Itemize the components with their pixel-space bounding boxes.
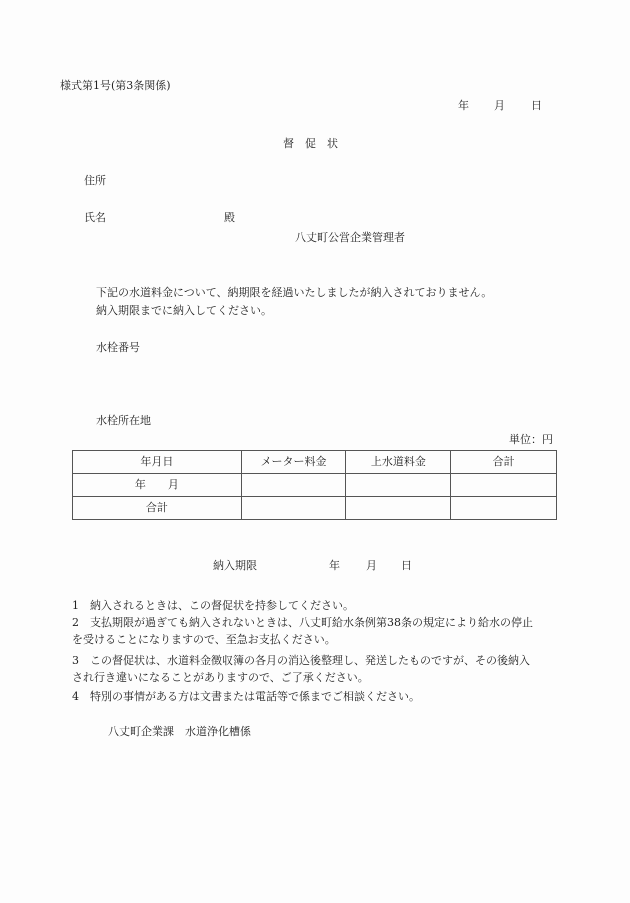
table-header-row: 年月日 メーター料金 上水道料金 合計 (73, 451, 557, 474)
name-label: 氏名 (84, 211, 106, 225)
issuer: 八丈町公営企業管理者 (295, 231, 405, 245)
header-water-fee: 上水道料金 (346, 451, 451, 474)
cell-grand-total (451, 497, 557, 520)
address-label: 住所 (84, 174, 106, 188)
note-3: 3この督促状は、水道料金徴収簿の各月の消込後整理し、発送したものですが、その後納… (72, 652, 530, 669)
header-total: 合計 (451, 451, 557, 474)
cell-total (451, 474, 557, 497)
cell-meter-fee (241, 474, 346, 497)
cell-water-fee (346, 474, 451, 497)
note-4: 4特別の事情がある方は文書または電話等で係までご相談ください。 (72, 688, 420, 705)
body-line-1: 下記の水道料金について、納期限を経過いたしましたが納入されておりません。 (96, 286, 492, 300)
body-line-2: 納入期限までに納入してください。 (96, 304, 272, 318)
deadline-month: 月 (366, 559, 377, 573)
note-2: 2支払期限が過ぎても納入されないときは、八丈町給水条例第38条の規定により給水の… (72, 614, 533, 631)
date-month: 月 (494, 99, 505, 113)
form-id: 様式第1号(第3条関係) (60, 79, 171, 93)
table-total-row: 合計 (73, 497, 557, 520)
note-3-continued: され行き違いになることがありますので、ご了承ください。 (72, 669, 369, 686)
hydrant-location-label: 水栓所在地 (96, 414, 151, 428)
header-date: 年月日 (73, 451, 242, 474)
table-row: 年 月 (73, 474, 557, 497)
document-title: 督 促 状 (283, 137, 338, 151)
date-day: 日 (531, 99, 542, 113)
header-meter-fee: メーター料金 (241, 451, 346, 474)
cell-total-meter-fee (241, 497, 346, 520)
note-2-continued: を受けることになりますので、至急お支払ください。 (72, 631, 336, 648)
deadline-day: 日 (401, 559, 412, 573)
honorific: 殿 (224, 211, 235, 225)
deadline-year: 年 (329, 559, 340, 573)
date-year: 年 (458, 99, 469, 113)
note-1: 1納入されるときは、この督促状を持参してください。 (72, 597, 354, 614)
unit-label: 単位：円 (509, 433, 553, 447)
cell-total-water-fee (346, 497, 451, 520)
footer-department: 八丈町企業課 水道浄化槽係 (108, 725, 251, 739)
cell-date: 年 月 (73, 474, 242, 497)
deadline-label: 納入期限 (213, 559, 257, 573)
hydrant-number-label: 水栓番号 (96, 341, 140, 355)
cell-total-label: 合計 (73, 497, 242, 520)
fee-table: 年月日 メーター料金 上水道料金 合計 年 月 合計 (72, 450, 557, 520)
